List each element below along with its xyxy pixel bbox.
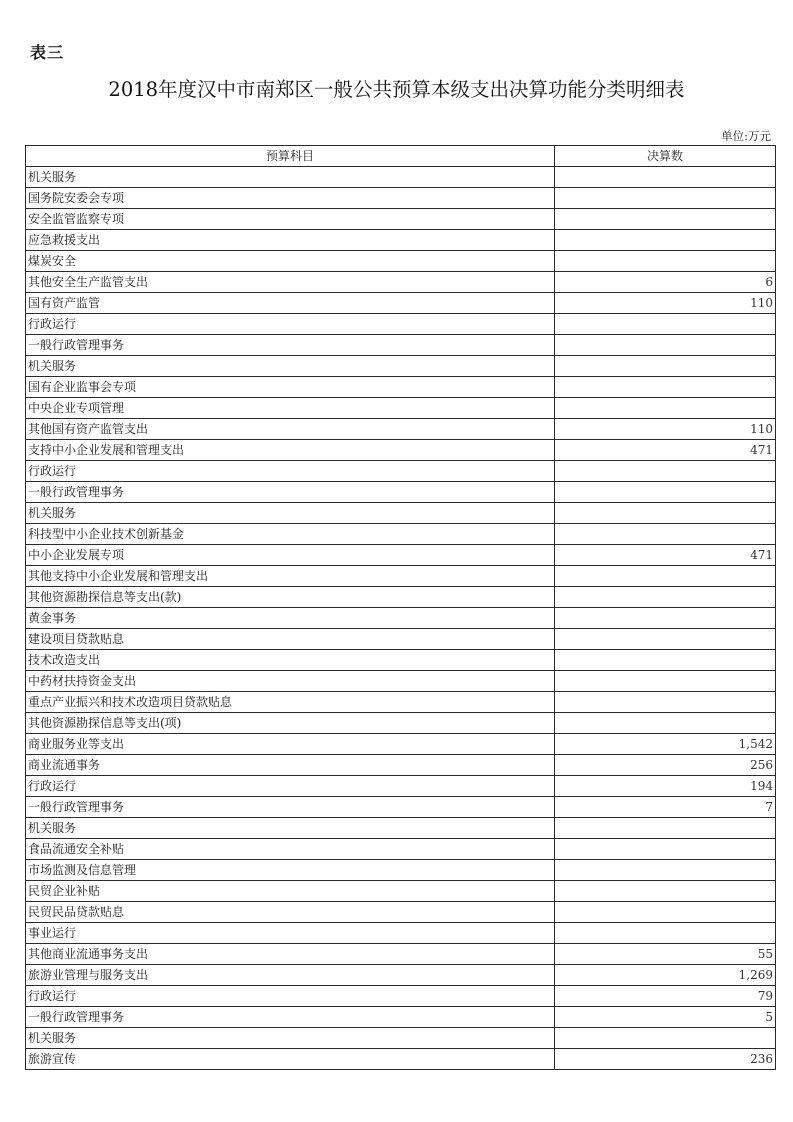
table-row: 机关服务 [26,503,776,524]
table-row: 事业运行 [26,923,776,944]
row-amount: 55 [555,944,776,965]
table-row: 安全监管监察专项 [26,209,776,230]
row-subject: 其他资源勘探信息等支出(款) [26,587,555,608]
row-subject: 中药材扶持资金支出 [26,671,555,692]
row-subject: 民贸民品贷款贴息 [26,902,555,923]
table-row: 一般行政管理事务 [26,335,776,356]
row-amount [555,482,776,503]
table-row: 中央企业专项管理 [26,398,776,419]
table-row: 支持中小企业发展和管理支出471 [26,440,776,461]
table-row: 机关服务 [26,356,776,377]
row-subject: 建设项目贷款贴息 [26,629,555,650]
row-amount [555,692,776,713]
unit-label: 单位:万元 [721,128,771,144]
table-row: 其他国有资产监管支出110 [26,419,776,440]
table-row: 技术改造支出 [26,650,776,671]
row-amount [555,335,776,356]
table-header-row: 预算科目 决算数 [26,146,776,167]
row-subject: 安全监管监察专项 [26,209,555,230]
row-amount: 194 [555,776,776,797]
row-subject: 机关服务 [26,167,555,188]
document-label: 表三 [30,40,64,63]
row-amount [555,881,776,902]
row-amount [555,356,776,377]
table-row: 民贸民品贷款贴息 [26,902,776,923]
row-subject: 支持中小企业发展和管理支出 [26,440,555,461]
row-subject: 食品流通安全补贴 [26,839,555,860]
row-amount [555,839,776,860]
row-amount [555,902,776,923]
row-amount [555,209,776,230]
table-row: 市场监测及信息管理 [26,860,776,881]
row-amount: 5 [555,1007,776,1028]
row-subject: 旅游宣传 [26,1049,555,1070]
row-amount [555,398,776,419]
row-subject: 机关服务 [26,356,555,377]
table-row: 中小企业发展专项471 [26,545,776,566]
column-header-subject: 预算科目 [26,146,555,167]
row-subject: 民贸企业补贴 [26,881,555,902]
table-row: 旅游宣传236 [26,1049,776,1070]
row-amount: 79 [555,986,776,1007]
row-subject: 一般行政管理事务 [26,1007,555,1028]
row-subject: 行政运行 [26,314,555,335]
row-amount [555,503,776,524]
table-row: 其他资源勘探信息等支出(款) [26,587,776,608]
row-amount: 110 [555,419,776,440]
row-subject: 商业服务业等支出 [26,734,555,755]
row-amount [555,188,776,209]
row-subject: 商业流通事务 [26,755,555,776]
row-subject: 国务院安委会专项 [26,188,555,209]
table-body: 机关服务国务院安委会专项安全监管监察专项应急救援支出煤炭安全其他安全生产监管支出… [26,167,776,1070]
table-row: 行政运行 [26,461,776,482]
row-amount [555,713,776,734]
row-subject: 技术改造支出 [26,650,555,671]
row-subject: 一般行政管理事务 [26,797,555,818]
row-subject: 旅游业管理与服务支出 [26,965,555,986]
row-amount [555,314,776,335]
table-row: 机关服务 [26,167,776,188]
table-row: 中药材扶持资金支出 [26,671,776,692]
table-row: 旅游业管理与服务支出1,269 [26,965,776,986]
budget-table: 预算科目 决算数 机关服务国务院安委会专项安全监管监察专项应急救援支出煤炭安全其… [25,145,776,1070]
row-amount: 6 [555,272,776,293]
row-subject: 其他资源勘探信息等支出(项) [26,713,555,734]
column-header-amount: 决算数 [555,146,776,167]
row-subject: 黄金事务 [26,608,555,629]
row-subject: 市场监测及信息管理 [26,860,555,881]
row-amount: 256 [555,755,776,776]
table-row: 其他资源勘探信息等支出(项) [26,713,776,734]
table-row: 国务院安委会专项 [26,188,776,209]
row-subject: 一般行政管理事务 [26,335,555,356]
row-amount: 236 [555,1049,776,1070]
row-amount [555,167,776,188]
row-subject: 应急救援支出 [26,230,555,251]
table-row: 食品流通安全补贴 [26,839,776,860]
row-subject: 科技型中小企业技术创新基金 [26,524,555,545]
table-row: 行政运行79 [26,986,776,1007]
table-row: 重点产业振兴和技术改造项目贷款贴息 [26,692,776,713]
row-amount [555,524,776,545]
row-subject: 煤炭安全 [26,251,555,272]
row-subject: 机关服务 [26,503,555,524]
row-amount [555,566,776,587]
table-row: 一般行政管理事务7 [26,797,776,818]
table-row: 应急救援支出 [26,230,776,251]
row-amount [555,923,776,944]
row-amount: 471 [555,545,776,566]
row-subject: 重点产业振兴和技术改造项目贷款贴息 [26,692,555,713]
row-amount [555,461,776,482]
row-amount: 110 [555,293,776,314]
row-amount [555,251,776,272]
row-subject: 中央企业专项管理 [26,398,555,419]
row-subject: 事业运行 [26,923,555,944]
row-subject: 其他商业流通事务支出 [26,944,555,965]
table-row: 商业流通事务256 [26,755,776,776]
table-row: 机关服务 [26,818,776,839]
table-row: 国有企业监事会专项 [26,377,776,398]
table-row: 行政运行194 [26,776,776,797]
row-subject: 国有企业监事会专项 [26,377,555,398]
table-row: 黄金事务 [26,608,776,629]
row-amount [555,671,776,692]
row-amount [555,818,776,839]
row-amount: 7 [555,797,776,818]
table-row: 建设项目贷款贴息 [26,629,776,650]
row-subject: 机关服务 [26,818,555,839]
row-subject: 行政运行 [26,986,555,1007]
table-row: 煤炭安全 [26,251,776,272]
table-row: 其他商业流通事务支出55 [26,944,776,965]
row-subject: 其他国有资产监管支出 [26,419,555,440]
row-subject: 中小企业发展专项 [26,545,555,566]
table-row: 其他安全生产监管支出6 [26,272,776,293]
table-row: 科技型中小企业技术创新基金 [26,524,776,545]
table-row: 一般行政管理事务 [26,482,776,503]
document-title: 2018年度汉中市南郑区一般公共预算本级支出决算功能分类明细表 [0,74,793,102]
row-amount [555,650,776,671]
table-row: 商业服务业等支出1,542 [26,734,776,755]
row-amount [555,860,776,881]
table-row: 机关服务 [26,1028,776,1049]
row-amount: 471 [555,440,776,461]
row-subject: 国有资产监管 [26,293,555,314]
row-amount [555,587,776,608]
row-amount [555,608,776,629]
row-amount [555,629,776,650]
row-subject: 其他支持中小企业发展和管理支出 [26,566,555,587]
table-row: 国有资产监管110 [26,293,776,314]
row-subject: 行政运行 [26,776,555,797]
row-amount: 1,269 [555,965,776,986]
row-subject: 一般行政管理事务 [26,482,555,503]
table-row: 民贸企业补贴 [26,881,776,902]
table-row: 一般行政管理事务5 [26,1007,776,1028]
row-amount [555,377,776,398]
table-row: 其他支持中小企业发展和管理支出 [26,566,776,587]
row-amount [555,1028,776,1049]
row-amount: 1,542 [555,734,776,755]
row-subject: 其他安全生产监管支出 [26,272,555,293]
table-row: 行政运行 [26,314,776,335]
row-subject: 机关服务 [26,1028,555,1049]
row-subject: 行政运行 [26,461,555,482]
row-amount [555,230,776,251]
